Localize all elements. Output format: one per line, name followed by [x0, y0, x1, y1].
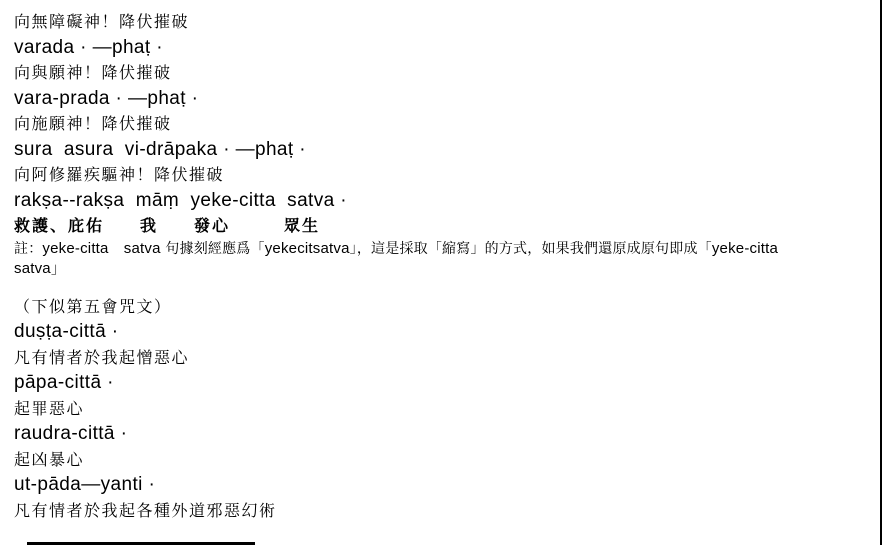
chinese-annotation-line: 向阿修羅疾驅神！降伏摧破 [14, 162, 866, 188]
chinese-annotation-line: 向無障礙神！降伏摧破 [14, 9, 866, 35]
chinese-annotation-line: 向施願神！降伏摧破 [14, 111, 866, 137]
note-segment: 註： [14, 241, 42, 257]
sanskrit-mantra-line: ut-pāda—yanti · [14, 472, 866, 498]
chinese-annotation-line: 向與願神！降伏摧破 [14, 60, 866, 86]
sanskrit-mantra-line: varada · —phaṭ · [14, 35, 866, 61]
sanskrit-mantra-line: sura asura vi-drāpaka · —phaṭ · [14, 137, 866, 163]
page-right-edge-line [880, 0, 882, 545]
chinese-annotation-line: 凡有情者於我起各種外道邪惡幻術 [14, 498, 866, 524]
chinese-annotation-line: 起罪惡心 [14, 396, 866, 422]
note-segment: satva」 [14, 260, 66, 277]
note-segment: yeke-citta satva [42, 240, 160, 257]
note-segment: yekecitsatva [265, 240, 350, 257]
sanskrit-mantra-line: vara-prada · —phaṭ · [14, 86, 866, 112]
note-segment: 」，這是採取「縮寫」的方式，如果我們還原成原句即成「 [350, 241, 712, 257]
document-text-block: 向無障礙神！降伏摧破 varada · —phaṭ · 向與願神！降伏摧破 va… [14, 9, 866, 523]
chinese-annotation-line: 起凶暴心 [14, 447, 866, 473]
note-segment: 句據刻經應爲「 [161, 241, 265, 257]
sanskrit-mantra-line: duṣṭa-cittā · [14, 319, 866, 345]
sanskrit-mantra-line: raudra-cittā · [14, 421, 866, 447]
document-page: 向無障礙神！降伏摧破 varada · —phaṭ · 向與願神！降伏摧破 va… [0, 0, 884, 545]
note-segment: yeke-citta [712, 240, 778, 257]
chinese-annotation-line: 凡有情者於我起憎惡心 [14, 345, 866, 371]
sanskrit-mantra-line: pāpa-cittā · [14, 370, 866, 396]
word-by-word-gloss-line: 救護、庇佑 我 發心 眾生 [14, 213, 866, 239]
sanskrit-mantra-line: rakṣa--rakṣa māṃ yeke-citta satva · [14, 188, 866, 214]
section-heading: （下似第五會咒文） [14, 294, 866, 320]
translator-note-line-1: 註：yeke-citta satva 句據刻經應爲「yekecitsatva」，… [14, 239, 866, 260]
translator-note-line-2: satva」 [14, 259, 866, 280]
